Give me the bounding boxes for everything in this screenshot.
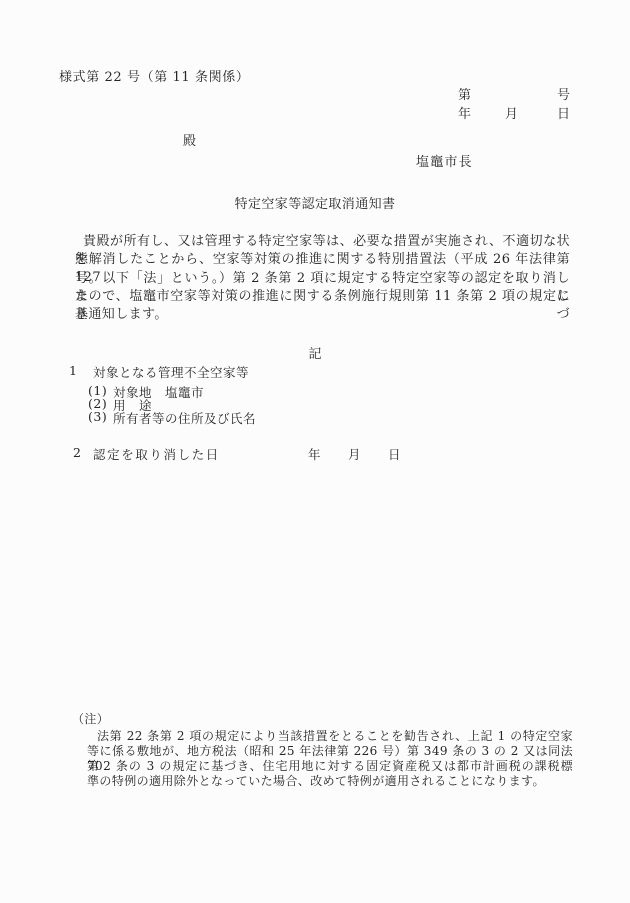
item1-number: 1 [69,363,77,378]
sender-name: 塩竈市長 [416,151,473,170]
body-line: き通知します。 [75,306,570,324]
date-month-label: 月 [505,103,519,122]
doc-number-prefix: 第 [458,84,472,103]
doc-number-suffix: 号 [557,84,571,103]
item2-date-year-label: 年 [308,445,321,463]
document-page: 様式第 22 号（第 11 条関係） 第 号 年 月 日 殿 塩竈市長 特定空家… [0,0,630,903]
note-line: 法第 22 条第 2 項の規定により当該措置をとることを勧告され、上記 1 の特… [87,729,573,744]
body-line: たので、塩竈市空家等対策の推進に関する条例施行規則第 11 条第 2 項の規定に… [75,288,570,306]
body-line: 貴殿が所有し、又は管理する特定空家等は、必要な措置が実施され、不適切な状態 [75,233,570,251]
item2-number: 2 [73,445,81,460]
note-line: 準の特例の適用除外となっていた場合、改めて特例が適用されることになります。 [87,774,573,789]
item2-date-day-label: 日 [388,445,401,463]
item2-label: 認定を取り消した日 [93,445,220,463]
subitem-number: (3) [88,409,107,424]
body-line: を解消したことから、空家等対策の推進に関する特別措置法（平成 26 年法律第 1… [75,251,570,269]
item2-date-month-label: 月 [348,445,361,463]
body-line: 号。以下「法」という。）第 2 条第 2 項に規定する特定空家等の認定を取り消し… [75,270,570,288]
subitem-label: 所有者等の住所及び氏名 [113,409,256,427]
note-line: 等に係る敷地が、地方税法（昭和 25 年法律第 226 号）第 349 条の 3… [87,744,573,759]
addressee-honorific: 殿 [183,130,197,149]
note-heading: （注） [72,710,109,727]
form-number: 様式第 22 号（第 11 条関係） [59,66,249,85]
date-day-label: 日 [557,103,571,122]
note-line: 702 条の 3 の規定に基づき、住宅用地に対する固定資産税又は都市計画税の課税… [87,759,573,774]
document-title: 特定空家等認定取消通知書 [0,193,630,212]
date-year-label: 年 [458,103,472,122]
section-marker: 記 [0,343,630,362]
item1-label: 対象となる管理不全空家等 [93,363,249,381]
